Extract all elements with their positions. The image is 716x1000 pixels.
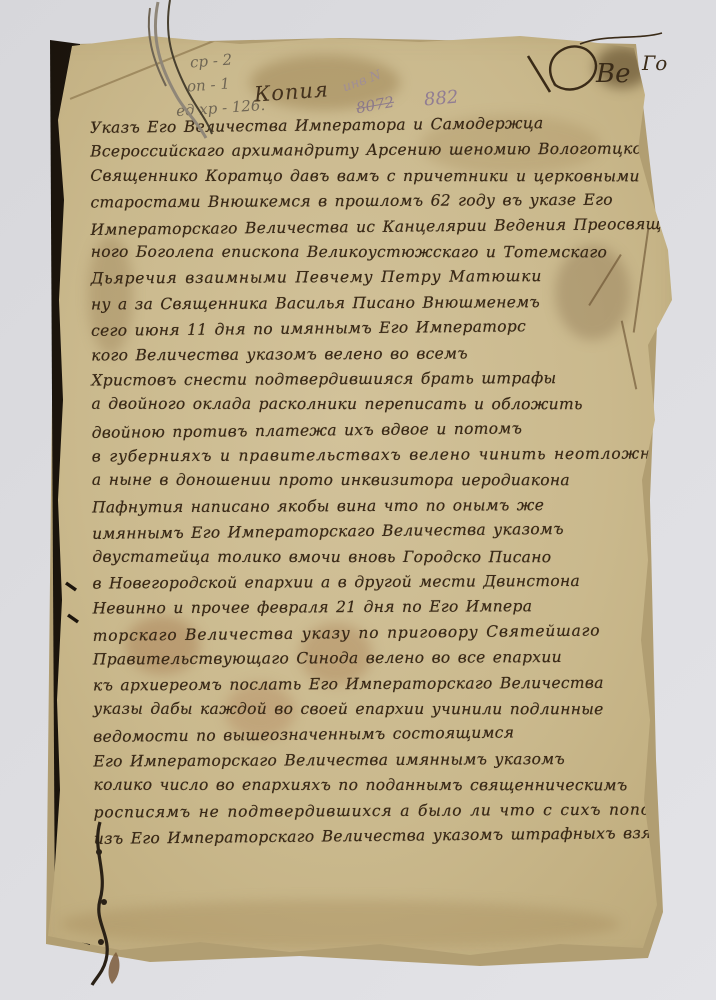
binding-thread-top-icon — [0, 0, 716, 1000]
photo-of-manuscript: Указъ Его Величества Императора и Самоде… — [0, 0, 716, 1000]
worn-corner-tip — [109, 952, 120, 984]
